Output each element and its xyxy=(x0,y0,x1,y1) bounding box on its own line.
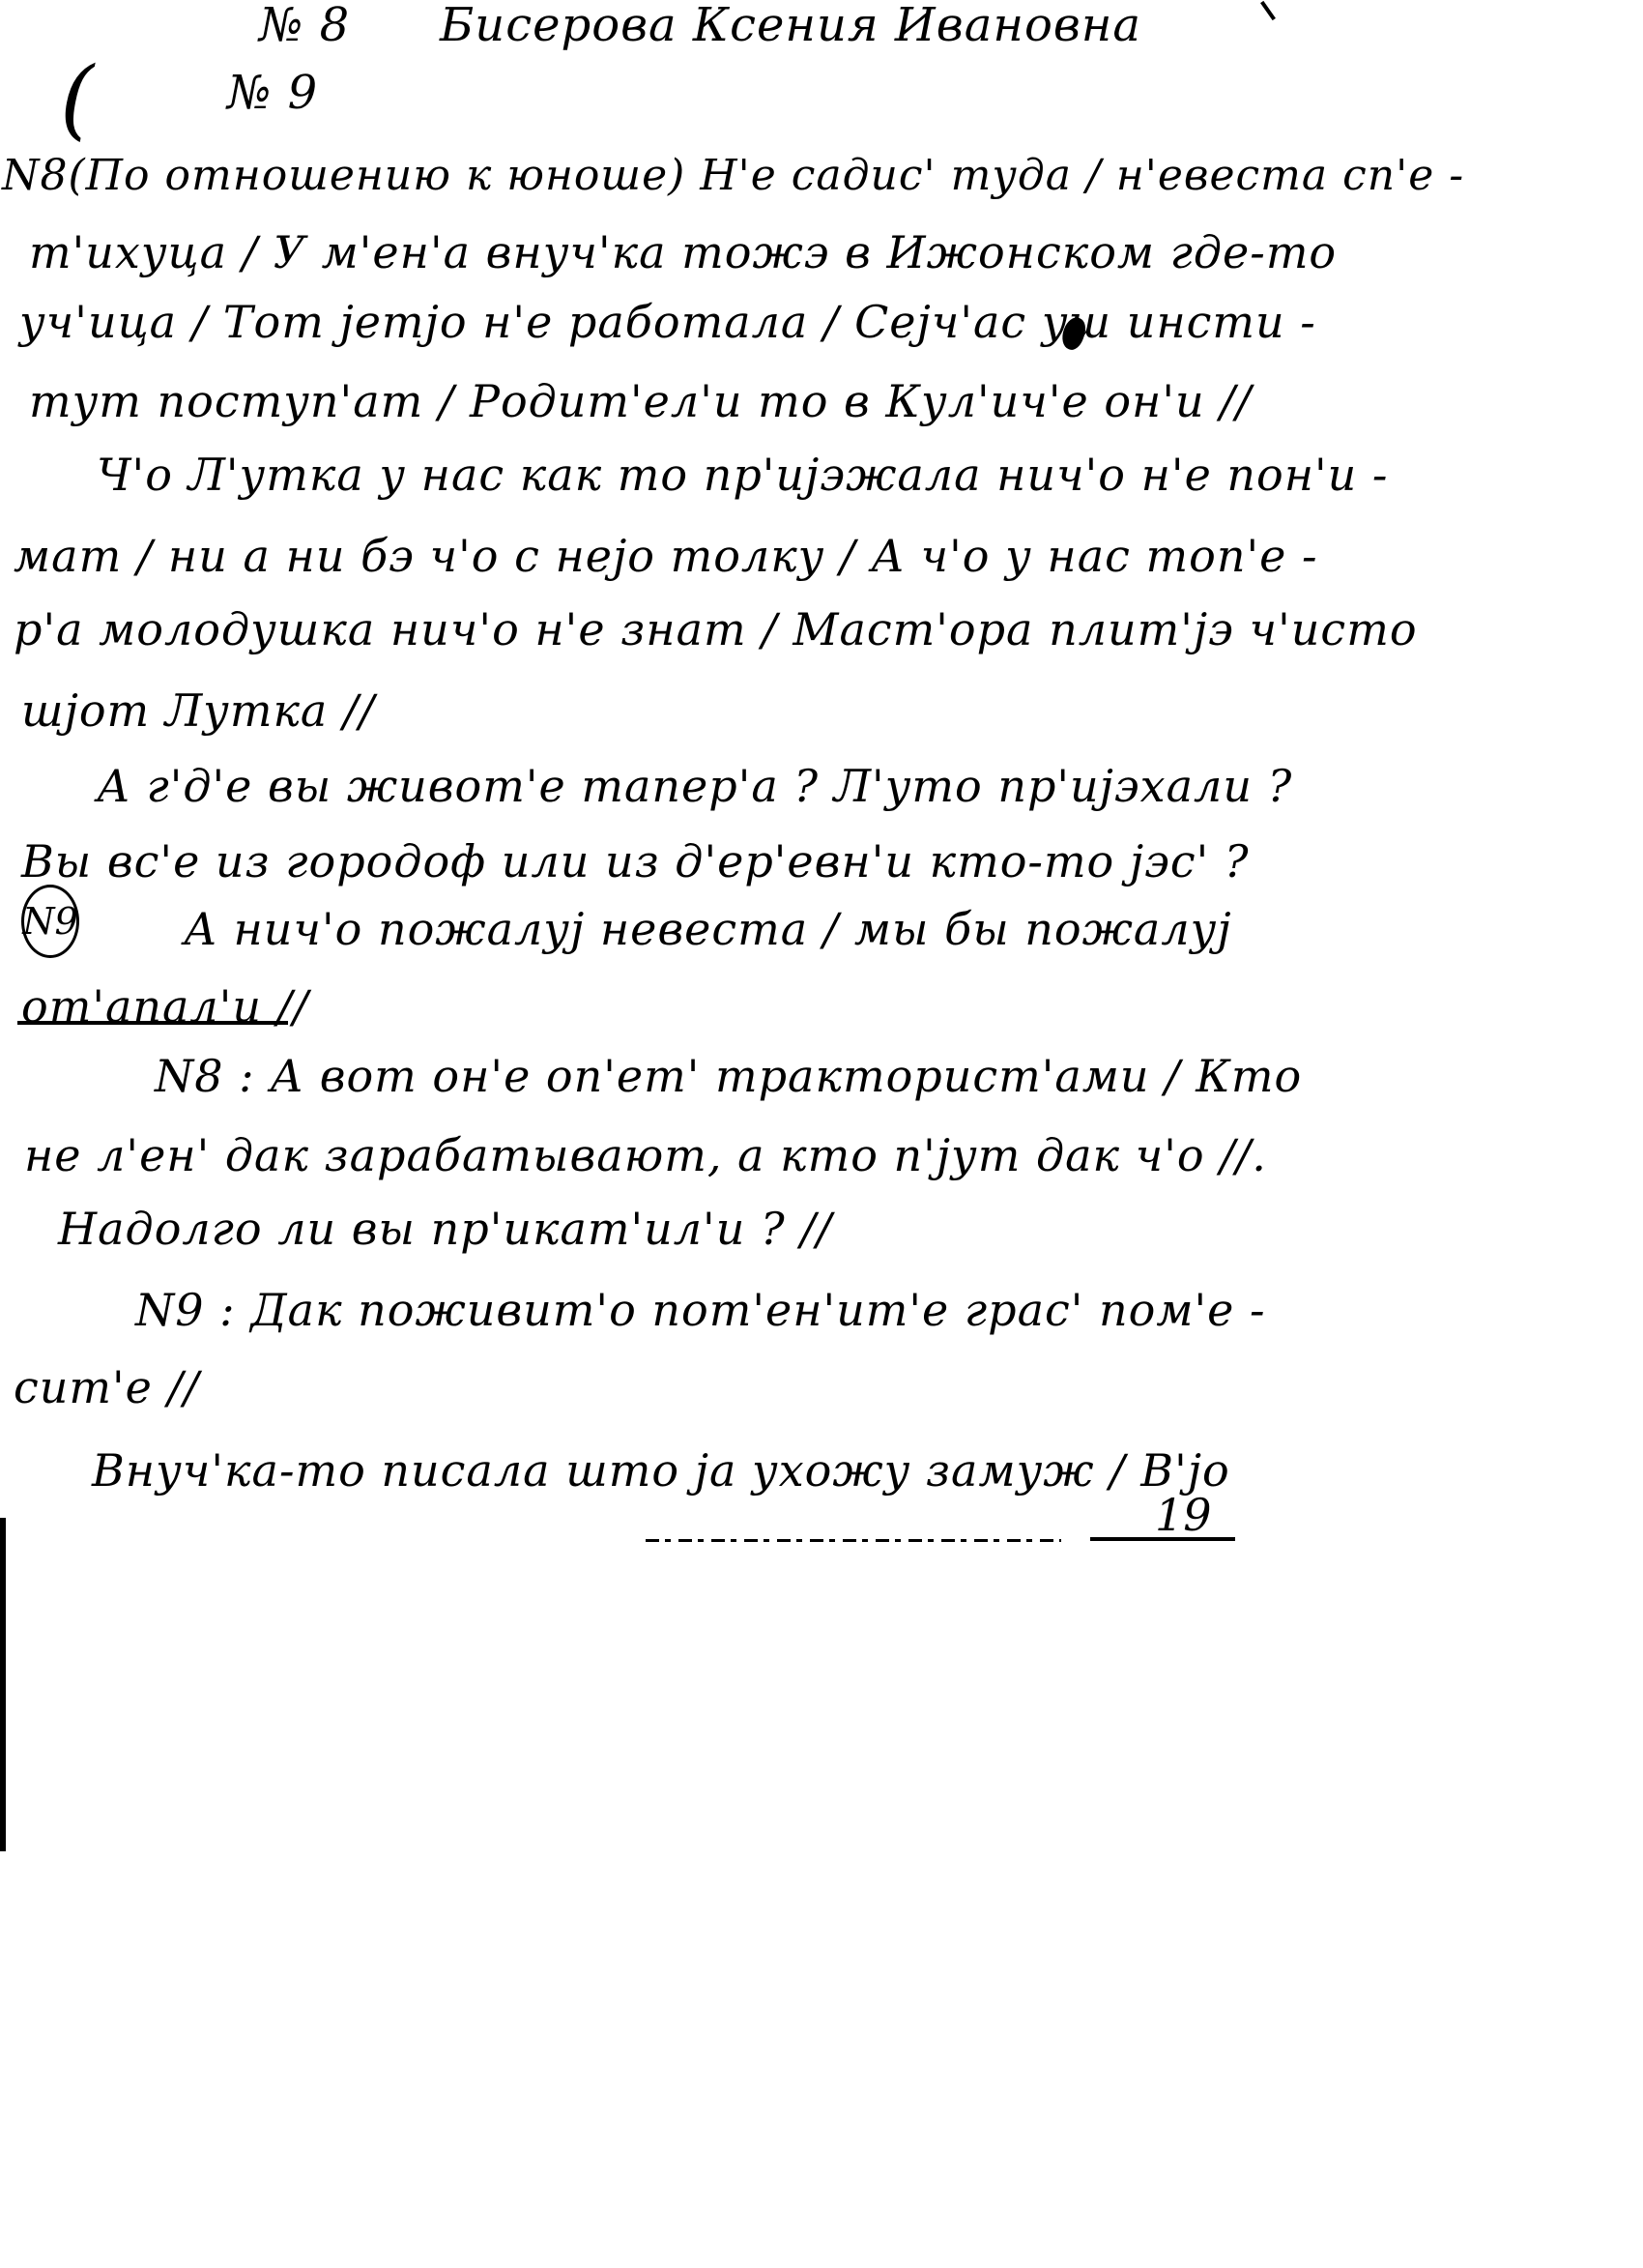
manuscript-line: N8(По отношению к юноше) Н'е садис' туда… xyxy=(2,155,1464,197)
manuscript-line: р'а молодушка нич'о н'е знат / Маст'ора … xyxy=(14,607,1418,652)
speaker-label-n8: № 8 xyxy=(259,2,350,48)
manuscript-line: т'ихуца / У м'ен'а внуч'ка тожэ в Ижонск… xyxy=(29,230,1337,275)
corner-mark xyxy=(1260,1,1276,20)
manuscript-line: шјот Лутка // xyxy=(21,688,375,733)
solid-rule xyxy=(1090,1537,1235,1541)
open-bracket: ( xyxy=(60,56,94,143)
manuscript-page: № 8 Бисерова Ксения Ивановна ( № 9 N8(По… xyxy=(0,0,1643,2268)
manuscript-line: не л'ен' дак зарабатывают, а кто п'јут д… xyxy=(24,1133,1267,1178)
manuscript-line: Вы вс'е из городоф или из д'ер'евн'и кто… xyxy=(21,839,1250,884)
manuscript-line: N9 : Дак поживит'о пот'ен'ит'е грас' пом… xyxy=(135,1288,1266,1332)
manuscript-line: А г'д'е вы живот'е тапер'а ? Л'уто пр'иј… xyxy=(97,764,1292,808)
manuscript-line: мат / ни а ни бэ ч'о с нејо толку / А ч'… xyxy=(14,534,1318,578)
scan-edge-artifact xyxy=(0,1518,6,1851)
speaker-label-n9: № 9 xyxy=(227,70,318,116)
circled-speaker-label: N9 xyxy=(21,885,79,958)
dashed-rule xyxy=(646,1539,1061,1542)
manuscript-line: Ч'о Л'утка у нас как то пр'ијэжала нич'о… xyxy=(97,452,1388,497)
page-number: 19 xyxy=(1155,1489,1212,1541)
manuscript-line: Надолго ли вы пр'икат'ил'и ? // xyxy=(58,1207,832,1251)
manuscript-line: N8 : А вот он'е оп'ет' тракторист'ами / … xyxy=(155,1054,1302,1098)
manuscript-line: тут поступ'ат / Родит'ел'и то в Кул'ич'е… xyxy=(29,379,1252,423)
manuscript-line: сит'е // xyxy=(14,1365,200,1410)
manuscript-line: уч'ица / Тот јетјо н'е работала / Сејч'а… xyxy=(19,300,1316,344)
underline xyxy=(17,1021,288,1025)
manuscript-line: Внуч'ка-то писала што ја ухожу замуж / В… xyxy=(92,1448,1230,1493)
speaker-name: Бисерова Ксения Ивановна xyxy=(440,2,1141,48)
manuscript-line: А нич'о пожалуј невеста / мы бы пожалуј xyxy=(184,907,1232,951)
